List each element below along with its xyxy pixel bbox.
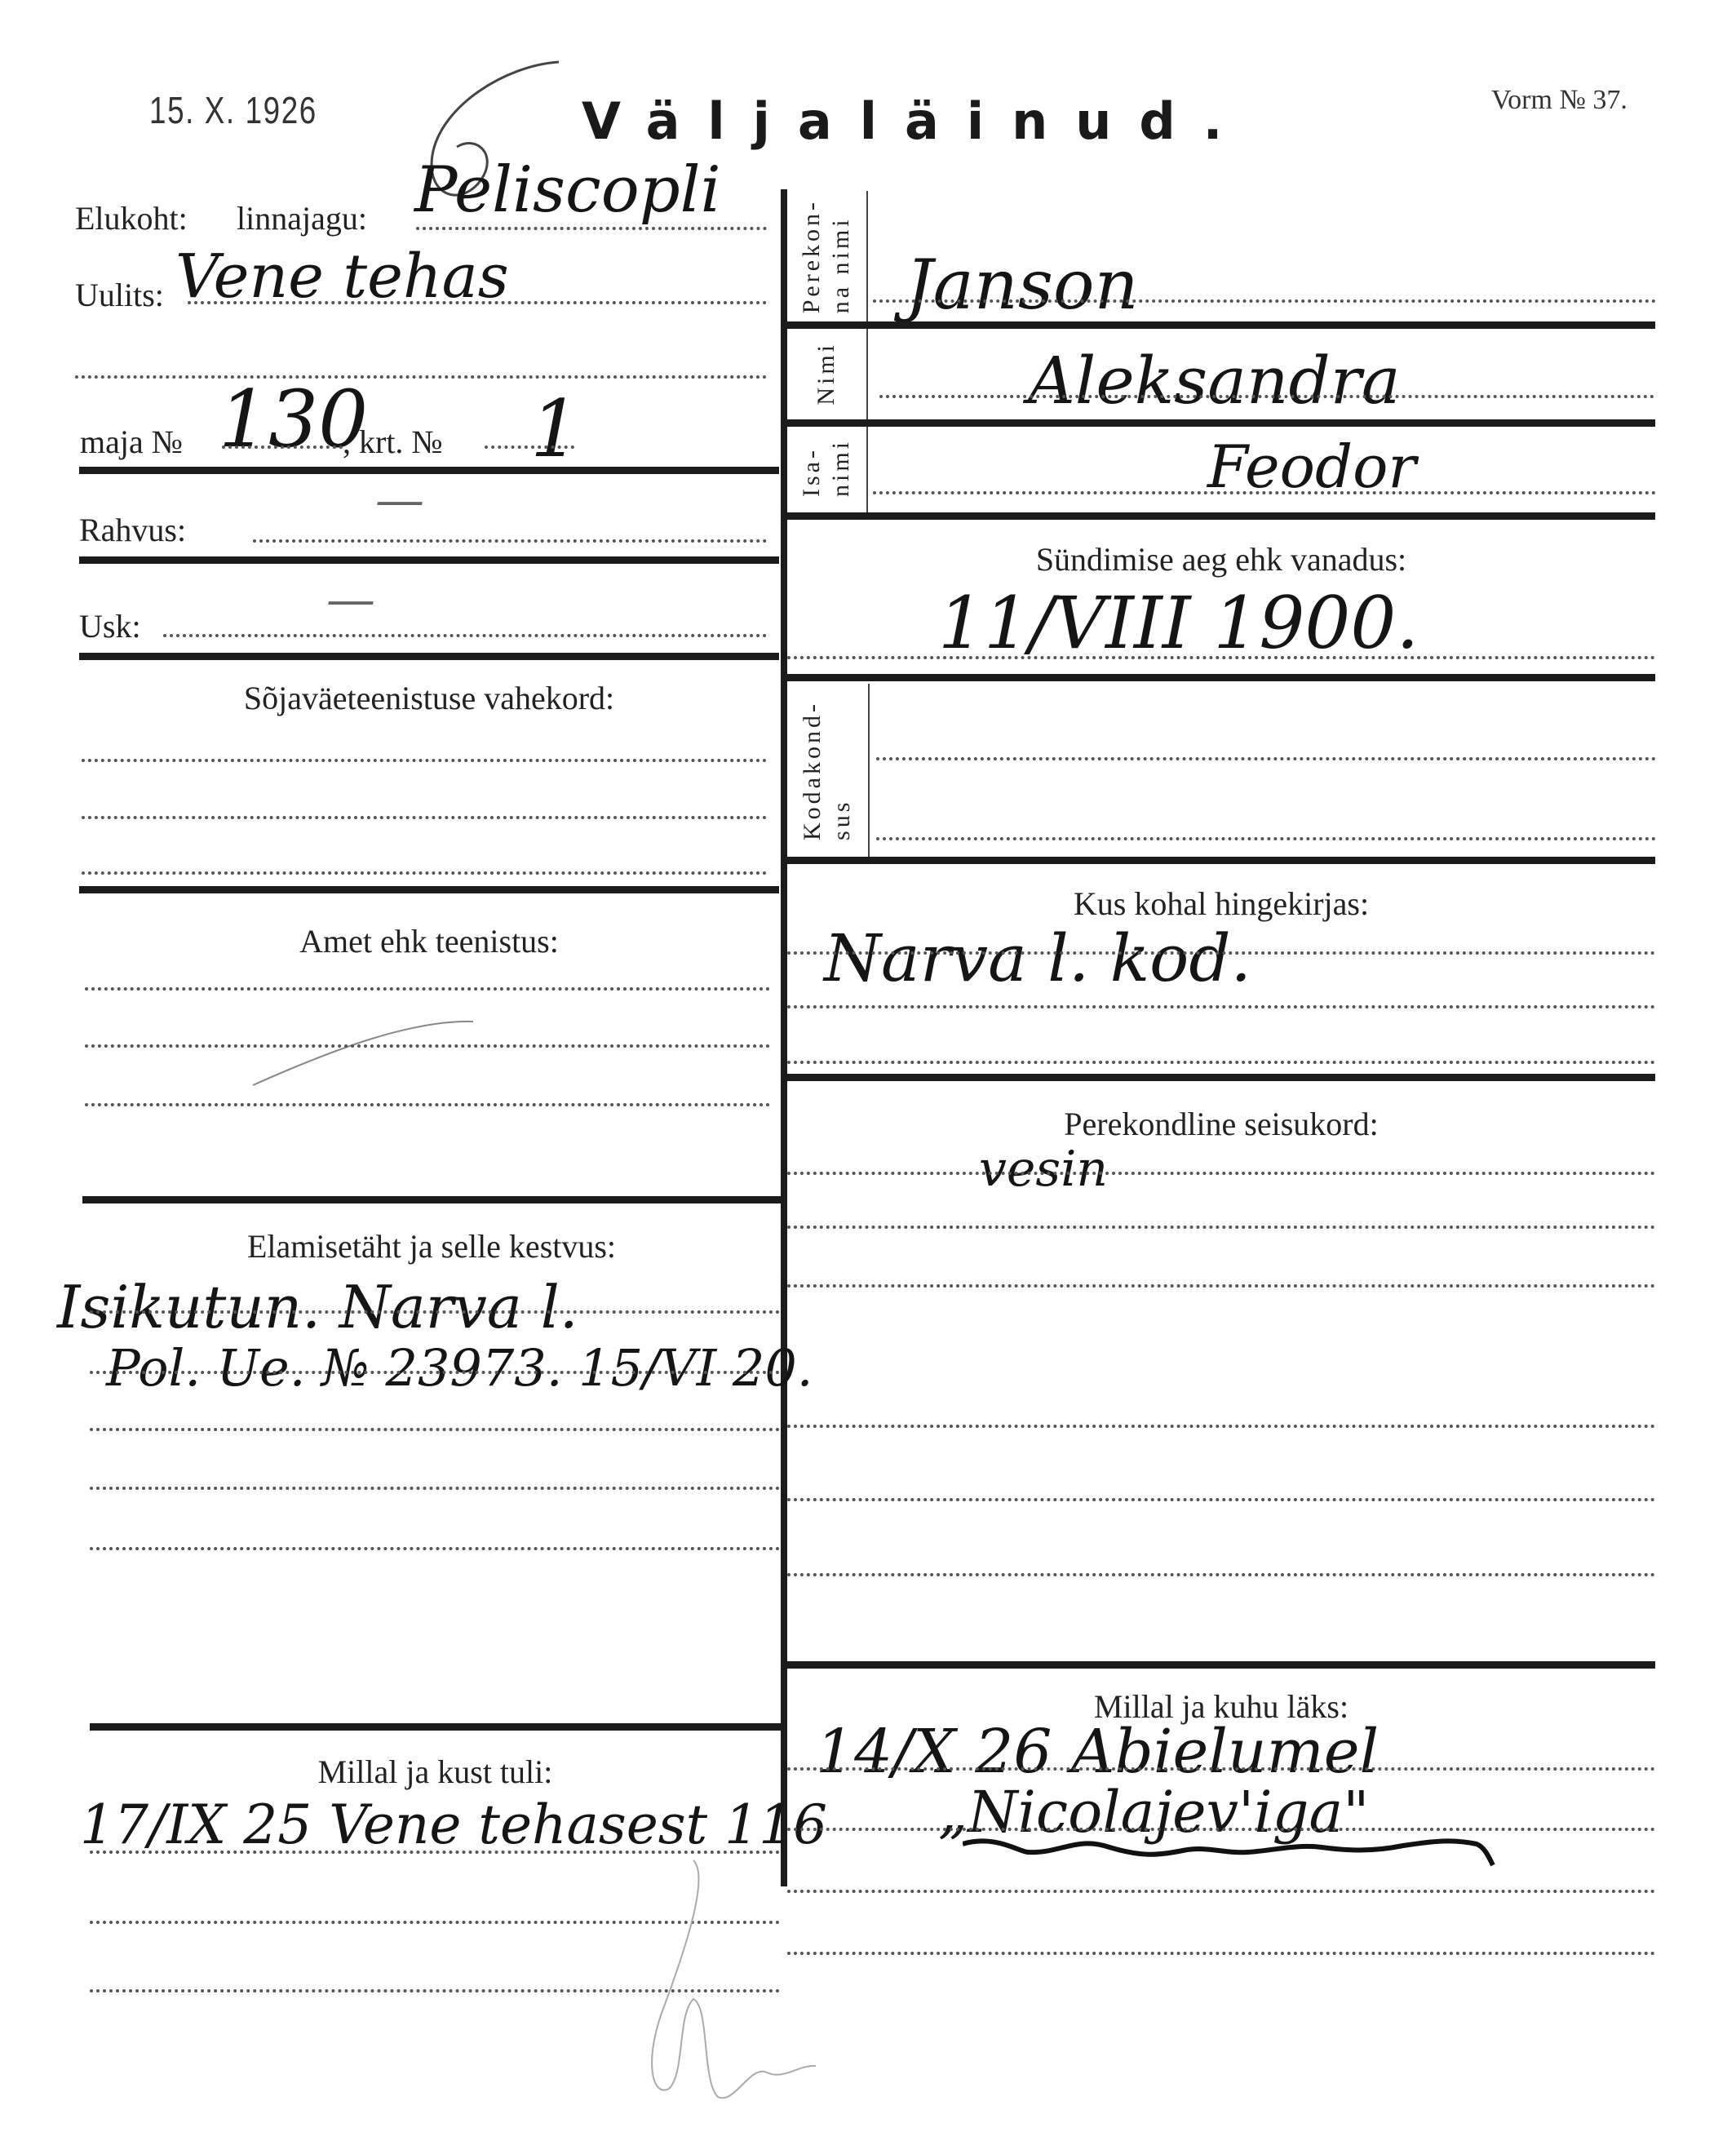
marital-status-line-6 [787,1573,1655,1576]
registry-label: Kus kohal hingekirjas: [787,884,1655,923]
divider [781,1661,1655,1669]
surname-line [873,299,1656,303]
residence-permit-label: Elamisetäht ja selle kestvus: [82,1227,781,1266]
marital-status-line-5 [787,1498,1655,1501]
residence-permit-dotline-2 [90,1371,780,1374]
form-title: Väljaläinud. [582,91,1250,151]
residence-permit-dotline-1 [90,1310,780,1314]
military-line-1 [82,759,767,762]
divider [781,674,1655,681]
date-stamp: 15. X. 1926 [149,88,317,132]
marital-status-line-1 [787,1172,1655,1175]
uulits-label: Uulits: [75,276,164,314]
birth-line [787,656,1655,659]
departure-dotline-1 [787,1767,1655,1771]
label-column-separator [866,191,868,514]
divider [79,653,779,660]
citizenship-line-1 [876,757,1656,760]
divider [82,1196,781,1203]
divider [781,419,1655,427]
registry-line-3 [787,1061,1655,1064]
divider [79,886,779,893]
maja-line [222,445,343,449]
marital-status-field[interactable]: vesin [979,1141,1108,1198]
krt-field[interactable]: 1 [530,383,580,475]
center-divider [781,189,787,1886]
marital-status-line-4 [787,1425,1655,1428]
divider [781,321,1655,329]
dash-stroke-icon [245,1012,489,1093]
residence-permit-line-2[interactable]: Pol. Ue. № 23973. 15/VI 20. [106,1338,813,1398]
citizenship-line-2 [876,837,1656,840]
rahvus-line [253,539,767,543]
residence-permit-dotline-4 [90,1487,780,1490]
krt-line [485,445,574,449]
marital-status-label: Perekondline seisukord: [787,1105,1655,1143]
form-number: Vorm № 37. [1491,85,1627,116]
linnajagu-line [416,227,767,230]
marital-status-line-2 [787,1226,1655,1229]
usk-line [163,634,767,637]
linnajagu-field[interactable]: Peliscopli [414,153,721,227]
divider [90,1723,781,1731]
label-column-separator [868,684,870,857]
krt-label: , krt. № [343,423,443,461]
rahvus-label: Rahvus: [79,511,186,549]
occupation-label: Amet ehk teenistus: [79,922,779,960]
divider [79,467,779,474]
residence-permit-line-1[interactable]: Isikutun. Narva l. [57,1273,578,1341]
surname-field[interactable]: Janson [906,245,1139,325]
maja-label: maja № [80,423,183,461]
address-extra-line [75,375,767,379]
patronymic-line [873,491,1656,494]
registry-line-2 [787,1005,1655,1008]
elukoht-label: Elukoht: [75,199,188,237]
occupation-line-1 [85,987,770,991]
first-name-field[interactable]: Aleksandra [1028,343,1401,419]
birth-field[interactable]: 11/VIII 1900. [938,581,1419,665]
divider [781,512,1655,520]
divider [781,857,1655,864]
underline-flourish-icon [963,1828,1501,1893]
usk-label: Usk: [79,607,141,645]
residence-permit-dotline-3 [90,1428,780,1431]
surname-label: Perekon- na nimi [788,193,865,320]
military-line-2 [82,816,767,819]
military-line-3 [82,871,767,875]
occupation-line-3 [85,1103,770,1106]
marital-status-line-3 [787,1284,1655,1288]
divider [781,1074,1655,1081]
registry-line-1 [787,951,1655,955]
arrival-label: Millal ja kust tuli: [90,1753,781,1791]
birth-label: Sündimise aeg ehk vanadus: [787,540,1655,578]
patronymic-label: Isa- nimi [788,428,865,509]
linnajagu-label: linnajagu: [237,199,367,237]
departure-dotline-4 [787,1952,1655,1955]
rahvus-field[interactable]: — [375,472,424,529]
departure-dotline-3 [787,1890,1655,1893]
military-label: Sõjaväeteenistuse vahekord: [79,679,779,717]
first-name-label: Nimi [788,330,865,418]
uulits-line [188,301,767,304]
citizenship-label: Kodakond- sus [788,684,866,857]
residence-permit-dotline-5 [90,1547,780,1550]
registry-field[interactable]: Narva l. kod. [824,920,1251,996]
departure-line-1[interactable]: 14/X 26 Abielumel [816,1717,1379,1787]
first-name-line [879,395,1654,398]
usk-field[interactable]: — [326,571,375,628]
arrival-field[interactable]: 17/IX 25 Vene tehasest 116 [80,1793,827,1856]
divider [79,556,779,564]
occupation-line-2 [85,1044,770,1048]
